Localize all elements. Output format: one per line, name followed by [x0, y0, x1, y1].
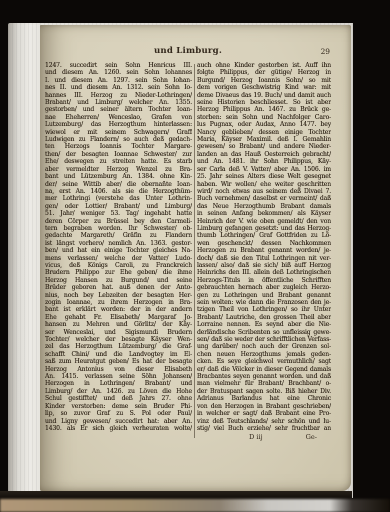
- text-line: tern begraben worden. Ihr Schwester/ ob-: [45, 225, 192, 232]
- text-line: Herzog Philippus An. 1467. zu Brück ge-: [197, 106, 331, 113]
- text-line: Burgund/ Herzog Ioannis Sohn/ so mit: [197, 77, 331, 84]
- text-line: Schul gestifftet/ und deß Jahrs 27. ohne: [45, 395, 192, 402]
- text-line: und Ligny gewesen/ succedirt hat: aber A…: [45, 418, 192, 425]
- text-line: gebrauchten hernach aber zugleich Herzo-: [197, 284, 331, 291]
- text-line: storben: sein Sohn und Nachfolger Caro-: [197, 114, 331, 121]
- text-line: in seinen Anfang bekommen/ als Käyser: [197, 210, 331, 217]
- text-line: na, erst An. 1406. als sie die Herzogthü…: [45, 188, 192, 195]
- text-line: Ehe/ deswegen zu streiten hatte. Es star…: [45, 158, 192, 165]
- text-line: zel das Herzogthum Lützemburg/ die Graf-: [45, 343, 192, 350]
- text-line: Bracbantes seyen genannt worden. und daß: [197, 373, 331, 380]
- text-line: haben. Wir wollen/ ehe weiter geschritte…: [197, 181, 331, 188]
- text-line: vinz deß Teutschlands/ sehr schön und lu…: [197, 418, 331, 425]
- text-line: ser Wenceslai, und Sigismundi Brudern: [45, 329, 192, 336]
- table-surface: [0, 499, 390, 512]
- text-line: Heinrich der V. wie oben gemeldt/ den vo…: [197, 218, 331, 225]
- text-line: Limburg/ der An. 1426. zu Löven die Hohe: [45, 388, 192, 395]
- text-line: then/ der besagten Ioannae Schwester/ zu…: [45, 151, 192, 158]
- text-line: 25. Jahr seines Alters diese Welt gesegn…: [197, 173, 331, 180]
- text-line: hansen zu Mehren und Görlitz/ der Käy-: [45, 321, 192, 328]
- text-line: sein wolten: wie dann die Franzosen den …: [197, 299, 331, 306]
- page-number: 29: [321, 47, 330, 56]
- catchword: Ge-: [306, 433, 317, 441]
- text-line: thumb Lothringen/ Graf Gottfriden zu Lö-: [197, 232, 331, 239]
- text-line: Kinder verstorben: deme sein Bruder Phi-: [45, 403, 192, 410]
- text-line: chen neuen Herzogthums jemals geden-: [197, 351, 331, 358]
- text-line: Limburg gefangen gesetzt: und das Herzog…: [197, 225, 331, 232]
- text-line: ser Carla deß V. Vatter/ aber An. 1506. …: [197, 166, 331, 173]
- text-line: Buch vernehmen/ daselbst er vermeint/ da…: [197, 195, 331, 202]
- text-line: saß zum Heuratgut geben/ Es hat der besa…: [45, 358, 192, 365]
- text-line: nae Eheherren/ Wenceslao, Grafen von: [45, 114, 192, 121]
- text-line: I. und diesem An. 1297. sein Sohn Iohan-: [45, 77, 192, 84]
- text-line: 1247. succedirt sein Sohn Henricus III.: [45, 62, 192, 69]
- text-line: ben/ und hat ein einige Tochter gleiches…: [45, 247, 192, 254]
- text-line: Brabant/ und Limburg/ welcher An. 1355.: [45, 99, 192, 106]
- text-line: Brabant/ Lautriche, den grossen Theil ab…: [197, 314, 331, 321]
- text-line: Herzog Hansen zu Burgund/ und seine: [45, 277, 192, 284]
- text-line: Ehe gehabt Fr. Elisabeth/ Margaraf Jo-: [45, 314, 192, 321]
- text-line: der/ seine Wittib aber/ die obernañte Io…: [45, 181, 192, 188]
- text-line: Herzogen zu Brabant genannt worden/ je-: [197, 247, 331, 254]
- text-line: auch ohne Kinder gestorben ist. Auff ihn: [197, 62, 331, 69]
- text-line: sen/ daß sie weder der schrifftlichen Ve…: [197, 336, 331, 343]
- text-line: cken. Es seye gleichwol vermuthlich/ sag…: [197, 358, 331, 365]
- text-line: in welcher er sagt/ daß Brabant eine Pro…: [197, 410, 331, 417]
- text-column-right-lines: auch ohne Kinder gestorben ist. Auff ihn…: [197, 62, 331, 432]
- text-line: ung darüber/ noch auch der Grenzen sol-: [197, 343, 331, 350]
- text-line: seine Historien beschliesset. So ist abe…: [197, 99, 331, 106]
- text-line: lassen/ also/ daß sie sich/ biß auff Her…: [197, 262, 331, 269]
- text-line: mer Lothringi (verstehe das Unter Lothri…: [45, 195, 192, 202]
- text-line: Brudern Philippo zur Ehe geben/ die ihme: [45, 269, 192, 276]
- text-line: von den Herzogen in Brabant geschrieben/: [197, 403, 331, 410]
- text-line: zogin Ioannae, zu ihrem Herzogen in Bra-: [45, 299, 192, 306]
- text-line: ist längst vorhero/ nemlich An. 1363. ge…: [45, 240, 192, 247]
- text-line: ten Herzogs Ioannis Tochter Margare-: [45, 143, 192, 150]
- text-line: gen/ oder Lottier/ Brabant/ und Limburg/: [45, 203, 192, 210]
- text-line: derländische Scribenten so unfleissig ge…: [197, 329, 331, 336]
- text-line: Lutzemburg/ das Herzogthum hinterlassen:: [45, 121, 192, 128]
- text-line: stig/ viel Buch erziehe/ sehr fruchtbar …: [197, 425, 331, 432]
- photo-background: und Limburg. 29 1247. succedirt sein Soh…: [0, 0, 390, 512]
- text-line: wen geschenckt/ dessen Nachkommen folgen…: [197, 240, 331, 247]
- text-line: und An. 1481. ihr Sohn Philippus, Käy-: [197, 158, 331, 165]
- text-line: nius, noch bey Lebzeiten der besagten He…: [45, 292, 192, 299]
- text-line: vicus, deß Königs Caroli, zu Franckreich: [45, 262, 192, 269]
- text-line: Maria, Käyser Maximil. deß I. Gemahlin: [197, 136, 331, 143]
- text-line: bant und Lützemburg An. 1384. ohne Kin-: [45, 173, 192, 180]
- text-line: gewesen/ so Brabant/ und andere Nieder-: [197, 143, 331, 150]
- text-column-left: 1247. succedirt sein Sohn Henricus III.u…: [45, 62, 192, 432]
- text-line: wiewol er mit seinem Schwagern/ Graff: [45, 129, 192, 136]
- text-line: wird/ noch etwas aus seinem deß Divaei 7…: [197, 188, 331, 195]
- text-line: schafft Chini/ und die Landvogtey im El-: [45, 351, 192, 358]
- text-line: er/ daß die Völcker in dieser Gegend dam…: [197, 366, 331, 373]
- text-line: Adrianus Barlandus hat eine Chronic: [197, 395, 331, 402]
- text-line: man vielmehr für Brabant/ Brachbant/ o-: [197, 380, 331, 387]
- text-block: 1247. succedirt sein Sohn Henricus III.u…: [45, 62, 331, 450]
- text-line: deren Cörper zu Brüssel bey den Carmeli-: [45, 218, 192, 225]
- text-line: Tochter/ welcher der besagte Käyser Wen-: [45, 336, 192, 343]
- text-line: dem vorigen Geschwistrig Kind war: mit: [197, 84, 331, 91]
- text-column-right: auch ohne Kinder gestorben ist. Auff ihn…: [197, 62, 331, 442]
- text-line: Nancy geblieben/ dessen einige Tochter: [197, 129, 331, 136]
- book-page: und Limburg. 29 1247. succedirt sein Soh…: [40, 25, 351, 491]
- text-line: 1430. als Er sich gleich verheuraten wol…: [45, 425, 192, 432]
- text-line: An. 1415. verlassen seine Söhn Johansen/: [45, 373, 192, 380]
- text-line: 51. Jahr/ weniger 53. Tag/ ingehabt hatt…: [45, 210, 192, 217]
- text-line: gedachte Margareth/ Gräfin zu Flandern: [45, 232, 192, 239]
- text-line: lip, so zuvor Graf zu S. Pol oder Paul/: [45, 410, 192, 417]
- text-line: deme Divaeus das 19. Buch/ und damit auc…: [197, 92, 331, 99]
- signature-row: D iij Ge-: [197, 433, 331, 442]
- text-line: der Bratuspant sagen solte. Biß hieher D…: [197, 388, 331, 395]
- text-line: folgte Philippus, der gütige/ Herzog in: [197, 69, 331, 76]
- page-header: und Limburg. 29: [45, 46, 331, 58]
- text-line: gestorben/ und seiner ältern Tochter Ioa…: [45, 106, 192, 113]
- text-line: Herzogs-Tituls in öffentliche Schrifften: [197, 277, 331, 284]
- text-line: nes II. und diesem An. 1312. sein Sohn I…: [45, 84, 192, 91]
- column-divider: [194, 64, 195, 438]
- text-line: bant ist erklärt worden: der in der ande…: [45, 306, 192, 313]
- text-line: Ludwigen zu Flandern/ so auch deß gedach…: [45, 136, 192, 143]
- text-line: gen zu Lothringen und Brabant genannt: [197, 292, 331, 299]
- text-line: mens verlassen/ welche der Vatter/ Ludo-: [45, 255, 192, 262]
- text-line: Brüder geboren hat. auß denen der Anto-: [45, 284, 192, 291]
- text-line: aber vermeldter Herzog Wenzel zu Bra-: [45, 166, 192, 173]
- text-line: und diesem An. 1260. sein Sohn Iohannes: [45, 69, 192, 76]
- text-line: das Neue Herzogthumb Brabant damals: [197, 203, 331, 210]
- text-line: hannes III. Herzog zu Nieder-Lothringen/: [45, 92, 192, 99]
- text-line: Lorraine nennen. Es seynd aber die Nie-: [197, 321, 331, 328]
- text-line: Heinrichs den III. allein deß Lothringis…: [197, 269, 331, 276]
- text-line: Herzog Antonius von dieser Elisabeth: [45, 366, 192, 373]
- text-line: tzigen Theil von Lothringen/ so ihr Unte…: [197, 306, 331, 313]
- text-line: doch/ daß sie den Titul Lothringen nit v…: [197, 255, 331, 262]
- text-line: landen an das Hauß Oesterreich gebracht/: [197, 151, 331, 158]
- text-line: lus Pugnax, oder Audax, Anno 1477. bey: [197, 121, 331, 128]
- signature-mark: D iij: [249, 433, 263, 441]
- running-title: und Limburg.: [45, 46, 331, 56]
- text-line: Herzogen in Lothringen/ Brabant/ und: [45, 380, 192, 387]
